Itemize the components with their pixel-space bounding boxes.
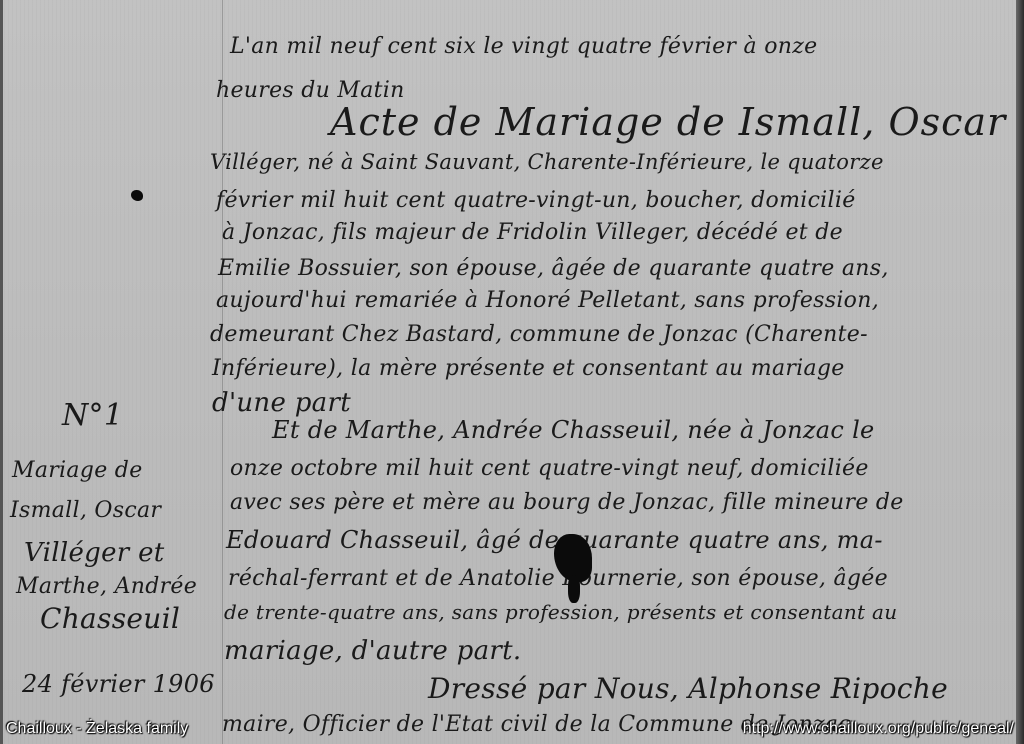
margin-date: 24 février 1906: [22, 670, 215, 698]
body-line: à Jonzac, fils majeur de Fridolin Villeg…: [222, 220, 843, 245]
page-right-edge: [1016, 0, 1024, 744]
body-line: février mil huit cent quatre-vingt-un, b…: [216, 188, 856, 213]
entry-number: N°1: [62, 398, 123, 433]
body-line: Villéger, né à Saint Sauvant, Charente-I…: [210, 150, 884, 174]
body-line: de trente-quatre ans, sans profession, p…: [224, 600, 897, 624]
margin-summary-line: Villéger et: [24, 538, 165, 568]
body-heading: Acte de Mariage de Ismall, Oscar: [330, 100, 1006, 144]
margin-summary-line: Chasseuil: [40, 602, 180, 635]
body-line: L'an mil neuf cent six le vingt quatre f…: [230, 34, 817, 59]
margin-summary-line: Mariage de: [12, 458, 143, 483]
margin-summary-line: Ismall, Oscar: [10, 498, 161, 523]
body-line: demeurant Chez Bastard, commune de Jonza…: [210, 322, 868, 347]
watermark-family: Chailloux - Żelaska family: [6, 720, 188, 738]
body-line: mariage, d'autre part.: [224, 636, 521, 666]
body-line: Dressé par Nous, Alphonse Ripoche: [428, 672, 948, 705]
margin-summary-line: Marthe, Andrée: [16, 574, 197, 599]
body-line: Emilie Bossuier, son épouse, âgée de qua…: [218, 256, 889, 281]
ink-blot: [131, 190, 143, 201]
watermark-url[interactable]: http://www.chailloux.org/public/geneal/: [743, 720, 1014, 738]
body-line: aujourd'hui remariée à Honoré Pelletant,…: [216, 288, 879, 313]
body-line: d'une part: [212, 388, 351, 418]
body-line: onze octobre mil huit cent quatre-vingt …: [230, 456, 869, 481]
body-line: Inférieure), la mère présente et consent…: [212, 356, 845, 381]
body-line: avec ses père et mère au bourg de Jonzac…: [230, 490, 904, 515]
page-left-edge: [0, 0, 3, 744]
body-line: Et de Marthe, Andrée Chasseuil, née à Jo…: [272, 416, 875, 444]
ink-blot-drip: [568, 575, 580, 603]
document-page: N°1 Mariage de Ismall, Oscar Villéger et…: [0, 0, 1016, 744]
